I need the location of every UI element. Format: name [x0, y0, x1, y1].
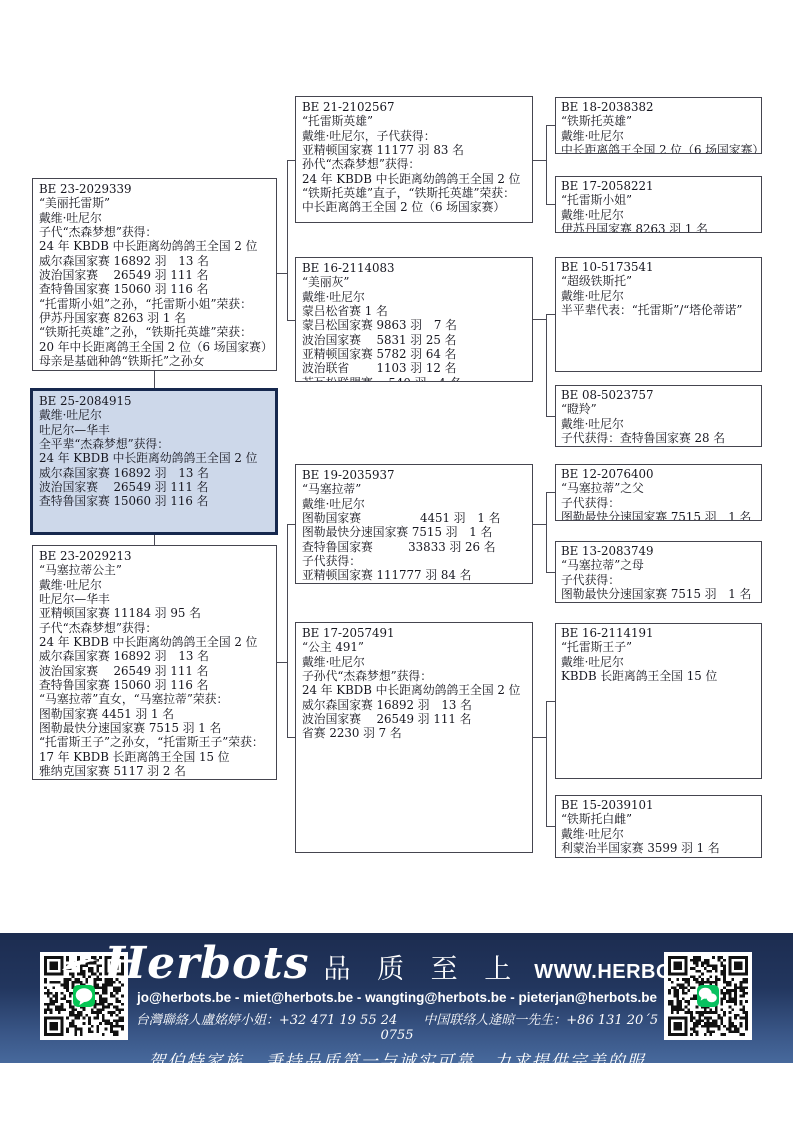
- box-line: BE 10-5173541: [561, 260, 756, 274]
- box-line: 威尔森国家赛 16892 羽 13 名: [302, 698, 526, 712]
- pedigree-box-grandsire-paternal: BE 21-2102567“托雷斯英雄”戴维·吐尼尔，子代获得：亚精顿国家赛 1…: [295, 96, 533, 223]
- box-line: 亚精顿国家赛 11177 羽 83 名: [302, 143, 526, 157]
- box-line: 吐尼尔—华丰: [39, 423, 269, 437]
- box-line: 威尔森国家赛 16892 羽 13 名: [39, 649, 270, 663]
- connector-line: [287, 160, 288, 321]
- box-line: 波治国家赛 26549 羽 111 名: [39, 664, 270, 678]
- contact-line: 台灣聯絡人盧姳婷小姐：+32 471 19 55 24 中国联络人逄晾一先生：+…: [135, 1009, 659, 1043]
- box-line: 戴维·吐尼尔: [561, 417, 756, 431]
- connector-line: [533, 319, 546, 320]
- box-line: 威尔森国家赛 16892 羽 13 名: [39, 466, 269, 480]
- box-line: 亚精顿国家赛 5782 羽 64 名: [302, 347, 526, 361]
- box-line: 图勒最快分速国家赛 7515 羽 1 名: [561, 587, 756, 601]
- slogan-text: 贺伯特家族...秉持品质第一与诚实可靠，力求提供完美的服务！: [135, 1047, 659, 1097]
- box-line: 半平辈代表：“托雷斯”/“塔伦蒂诺”: [561, 303, 756, 317]
- connector-line: [546, 125, 547, 205]
- box-line: BE 25-2084915: [39, 394, 269, 408]
- connector-line: [546, 572, 555, 573]
- box-line: 威尔森国家赛 16892 羽 13 名: [39, 254, 270, 268]
- wing-icon: [61, 955, 101, 979]
- connector-line: [287, 524, 295, 525]
- pedigree-box-grandsire-maternal: BE 19-2035937“马塞拉蒂”戴维·吐尼尔图勒国家赛 4451 羽 1 …: [295, 464, 533, 584]
- pedigree-box-granddam-maternal: BE 17-2057491“公主 491”戴维·吐尼尔子孙代“杰森梦想”获得：2…: [295, 622, 533, 853]
- box-line: “托雷斯英雄”: [302, 114, 526, 128]
- box-line: KBDB 长距离鸽王全国 15 位: [561, 669, 756, 683]
- connector-line: [287, 737, 295, 738]
- box-line: 吐尼尔—华丰: [39, 592, 270, 606]
- box-line: BE 16-2114083: [302, 261, 526, 275]
- box-line: 图勒国家赛 4451 羽 1 名: [302, 511, 526, 525]
- box-line: “铁斯托英雄”直子，“铁斯托英雄”荣获：: [302, 186, 526, 200]
- pedigree-box-ggparent-2: BE 17-2058221“托雷斯小姐”戴维·吐尼尔伊苏丹国家赛 8263 羽 …: [555, 176, 762, 233]
- box-line: 伊苏丹国家赛 8263 羽 1 名: [561, 222, 756, 233]
- connector-line: [546, 826, 555, 827]
- box-line: 戴维·吐尼尔，子代获得：: [302, 129, 526, 143]
- connector-line: [546, 204, 555, 205]
- connector-line: [533, 160, 546, 161]
- box-line: BE 15-2039101: [561, 798, 756, 812]
- box-line: 亚精顿国家赛 111777 羽 84 名: [302, 568, 526, 582]
- connector-line: [546, 492, 555, 493]
- box-line: “美丽托雷斯”: [39, 196, 270, 210]
- box-line: “托雷斯王子”之孙女，“托雷斯王子”荣获：: [39, 735, 270, 749]
- connector-line: [287, 320, 295, 321]
- box-line: 蒙吕松省赛 1 名: [302, 304, 526, 318]
- box-line: 戴维·吐尼尔: [561, 655, 756, 669]
- pedigree-box-father: BE 23-2029339“美丽托雷斯”戴维·吐尼尔子代“杰森梦想”获得：24 …: [32, 178, 277, 371]
- box-line: 省赛 2230 羽 7 名: [302, 726, 526, 740]
- box-line: 波治国家赛 5831 羽 25 名: [302, 333, 526, 347]
- box-line: 戴维·吐尼尔: [302, 290, 526, 304]
- box-line: 波治国家赛 26549 羽 111 名: [39, 480, 269, 494]
- box-line: 图勒最快分速国家赛 7515 羽 1 名: [561, 510, 756, 521]
- box-line: “瞪羚”: [561, 402, 756, 416]
- box-line: 波治联省 1103 羽 12 名: [302, 361, 526, 375]
- box-line: 24 年 KBDB 中长距离幼鸽鸽王全国 2 位: [302, 172, 526, 186]
- box-line: 24 年 KBDB 中长距离幼鸽鸽王全国 2 位: [39, 635, 270, 649]
- box-line: BE 16-2114191: [561, 626, 756, 640]
- pedigree-box-mother: BE 23-2029213“马塞拉蒂公主”戴维·吐尼尔吐尼尔—华丰亚精顿国家赛 …: [32, 545, 277, 780]
- box-line: 查特鲁国家赛 15060 羽 116 名: [39, 494, 269, 508]
- box-line: 孙代“杰森梦想”获得：: [302, 157, 526, 171]
- box-line: 子孙代“杰森梦想”获得：: [302, 669, 526, 683]
- box-line: 戴维·吐尼尔: [561, 827, 756, 841]
- box-line: 17 年 KBDB 长距离鸽王全国 15 位: [39, 750, 270, 764]
- box-line: BE 18-2038382: [561, 100, 756, 114]
- brand-quality-text: 品 质 至 上: [324, 947, 521, 986]
- box-line: 24 年 KBDB 中长距离幼鸽鸽王全国 2 位: [39, 239, 270, 253]
- connector-line: [546, 492, 547, 573]
- box-line: 24 年 KBDB 中长距离幼鸽鸽王全国 2 位: [39, 451, 269, 465]
- box-line: 子代“杰森梦想”获得：: [39, 225, 270, 239]
- box-line: 母亲是基础种鸽“铁斯托”之孙女: [39, 354, 270, 368]
- box-line: 蒙吕松国家赛 9863 羽 7 名: [302, 318, 526, 332]
- box-line: 图勒最快分速国家赛 7515 羽 1 名: [39, 721, 270, 735]
- box-line: 子代获得：: [302, 554, 526, 568]
- pedigree-box-ggparent-1: BE 18-2038382“铁斯托英雄”戴维·吐尼尔中长距离鸽王全国 2 位（6…: [555, 97, 762, 154]
- connector-line: [546, 125, 555, 126]
- pedigree-box-granddam-paternal: BE 16-2114083“美丽灰”戴维·吐尼尔蒙吕松省赛 1 名蒙吕松国家赛 …: [295, 257, 533, 382]
- connector-line: [546, 701, 547, 827]
- connector-line: [277, 273, 287, 274]
- pedigree-box-ggparent-8: BE 15-2039101“铁斯托白雌”戴维·吐尼尔利蒙治半国家赛 3599 羽…: [555, 795, 762, 858]
- box-line: 波治国家赛 26549 羽 111 名: [302, 712, 526, 726]
- brand-row: Herbots 品 质 至 上 WWW.HERBOTS.BE: [135, 941, 659, 987]
- connector-line: [546, 314, 547, 417]
- box-line: 伊苏丹国家赛 8263 羽 1 名: [39, 311, 270, 325]
- box-line: “马塞拉蒂”之父: [561, 481, 756, 495]
- pedigree-box-subject: BE 25-2084915戴维·吐尼尔吐尼尔—华丰全平辈“杰森梦想”获得：24 …: [30, 388, 278, 535]
- pedigree-page: BE 23-2029339“美丽托雷斯”戴维·吐尼尔子代“杰森梦想”获得：24 …: [0, 0, 793, 1122]
- box-line: “铁斯托英雄”之孙，“铁斯托英雄”荣获：: [39, 325, 270, 339]
- box-line: “托雷斯小姐”: [561, 193, 756, 207]
- line-icon: [73, 985, 95, 1007]
- box-line: 子代“杰森梦想”获得：: [39, 621, 270, 635]
- connector-line: [154, 535, 155, 545]
- box-line: “美丽灰”: [302, 275, 526, 289]
- box-line: “铁斯托白雌”: [561, 812, 756, 826]
- pedigree-box-ggparent-5: BE 12-2076400“马塞拉蒂”之父子代获得：图勒最快分速国家赛 7515…: [555, 464, 762, 521]
- connector-line: [287, 524, 288, 738]
- box-line: “托雷斯王子”: [561, 640, 756, 654]
- box-line: 戴维·吐尼尔: [302, 497, 526, 511]
- box-line: 图勒最快分速国家赛 7515 羽 1 名: [302, 525, 526, 539]
- box-line: 波治国家赛 26549 羽 111 名: [39, 268, 270, 282]
- box-line: 利蒙治半国家赛 3599 羽 1 名: [561, 841, 756, 855]
- box-line: 戴维·吐尼尔: [39, 578, 270, 592]
- box-line: “马塞拉蒂”直女，“马塞拉蒂”荣获：: [39, 692, 270, 706]
- connector-line: [277, 662, 287, 663]
- pedigree-box-ggparent-4: BE 08-5023757“瞪羚”戴维·吐尼尔子代获得：查特鲁国家赛 28 名: [555, 385, 762, 447]
- box-line: BE 08-5023757: [561, 388, 756, 402]
- connector-line: [154, 371, 155, 388]
- box-line: 中长距离鸽王全国 2 位（6 场国家赛）: [561, 143, 756, 154]
- box-line: “铁斯托英雄”: [561, 114, 756, 128]
- box-line: 苏瓦松联盟赛 540 羽 4 名: [302, 376, 526, 382]
- pedigree-box-ggparent-3: BE 10-5173541“超级铁斯托”戴维·吐尼尔半平辈代表：“托雷斯”/“塔…: [555, 257, 762, 372]
- box-line: 戴维·吐尼尔: [561, 289, 756, 303]
- box-line: BE 21-2102567: [302, 100, 526, 114]
- box-line: 戴维·吐尼尔: [561, 129, 756, 143]
- connector-line: [287, 160, 295, 161]
- connector-line: [533, 737, 546, 738]
- box-line: “公主 491”: [302, 640, 526, 654]
- box-line: “马塞拉蒂”之母: [561, 558, 756, 572]
- box-line: BE 23-2029213: [39, 549, 270, 563]
- box-line: 戴维·吐尼尔: [561, 208, 756, 222]
- box-line: 全平辈“杰森梦想”获得：: [39, 437, 269, 451]
- brand-logo-text: Herbots: [105, 941, 310, 987]
- box-line: BE 13-2083749: [561, 544, 756, 558]
- box-line: “超级铁斯托”: [561, 274, 756, 288]
- box-line: “马塞拉蒂”: [302, 482, 526, 496]
- footer-banner: Herbots 品 质 至 上 WWW.HERBOTS.BE jo@herbot…: [0, 933, 793, 1063]
- box-line: 戴维·吐尼尔: [302, 655, 526, 669]
- box-line: 20 年中长距离鸽王全国 2 位（6 场国家赛）: [39, 340, 270, 354]
- footer-content: Herbots 品 质 至 上 WWW.HERBOTS.BE jo@herbot…: [135, 941, 659, 1097]
- box-line: 子代获得：: [561, 573, 756, 587]
- box-line: 子代获得：查特鲁国家赛 28 名: [561, 431, 756, 445]
- box-line: BE 17-2058221: [561, 179, 756, 193]
- pedigree-box-ggparent-6: BE 13-2083749“马塞拉蒂”之母子代获得：图勒最快分速国家赛 7515…: [555, 541, 762, 603]
- box-line: BE 19-2035937: [302, 468, 526, 482]
- box-line: 查特鲁国家赛 15060 羽 116 名: [39, 282, 270, 296]
- box-line: 雅纳克国家赛 5117 羽 2 名: [39, 764, 270, 778]
- box-line: “马塞拉蒂公主”: [39, 563, 270, 577]
- wechat-icon: [697, 985, 719, 1007]
- qr-code-wechat: [664, 952, 752, 1040]
- box-line: “托雷斯小姐”之孙，“托雷斯小姐”荣获：: [39, 297, 270, 311]
- box-line: 图勒国家赛 4451 羽 1 名: [39, 707, 270, 721]
- box-line: 亚精顿国家赛 11184 羽 95 名: [39, 606, 270, 620]
- connector-line: [546, 416, 555, 417]
- box-line: BE 12-2076400: [561, 467, 756, 481]
- email-list: jo@herbots.be - miet@herbots.be - wangti…: [135, 990, 659, 1005]
- box-line: BE 17-2057491: [302, 626, 526, 640]
- box-line: 24 年 KBDB 中长距离幼鸽鸽王全国 2 位: [302, 683, 526, 697]
- box-line: 中长距离鸽王全国 2 位（6 场国家赛）: [302, 200, 526, 214]
- box-line: 查特鲁国家赛 33833 羽 26 名: [302, 540, 526, 554]
- pedigree-box-ggparent-7: BE 16-2114191“托雷斯王子”戴维·吐尼尔KBDB 长距离鸽王全国 1…: [555, 623, 762, 779]
- box-line: 戴维·吐尼尔: [39, 211, 270, 225]
- connector-line: [546, 314, 555, 315]
- box-line: 戴维·吐尼尔: [39, 408, 269, 422]
- box-line: BE 23-2029339: [39, 182, 270, 196]
- box-line: 查特鲁国家赛 15060 羽 116 名: [39, 678, 270, 692]
- box-line: 子代获得：: [561, 496, 756, 510]
- connector-line: [533, 524, 546, 525]
- connector-line: [546, 701, 555, 702]
